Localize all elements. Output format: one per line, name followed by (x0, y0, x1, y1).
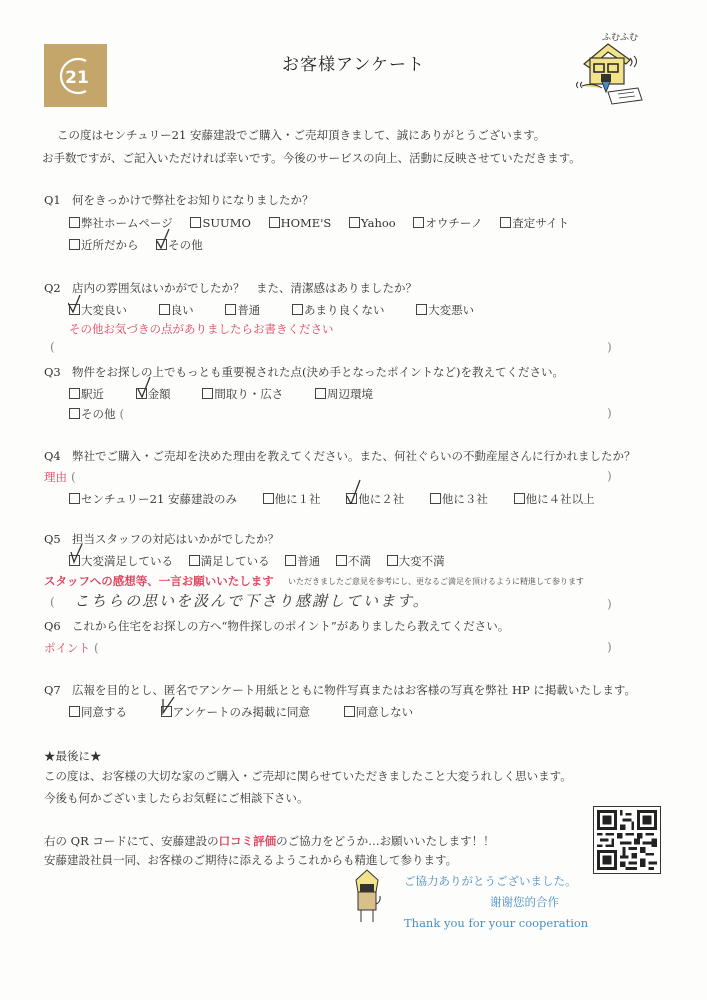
q5-comment-handwritten[interactable]: こちらの思いを汲んで下さり感謝しています。 (74, 590, 430, 611)
q4-option-1-other[interactable]: 他に１社 (263, 491, 321, 507)
checkbox[interactable] (225, 304, 236, 315)
q3-number: Q3 (44, 365, 72, 379)
q3-question: Q3物件をお探しの上でもっとも重要視された点(決め手となったポイントなど)を教え… (44, 364, 564, 380)
review-qr-code[interactable] (593, 806, 661, 874)
checkbox[interactable] (69, 493, 80, 504)
q3-option-layout-size[interactable]: 間取り・広さ (202, 386, 283, 402)
q3-text: 物件をお探しの上でもっとも重要視された点(決め手となったポイントなど)を教えてく… (72, 365, 564, 379)
checkbox[interactable] (349, 217, 360, 228)
checkbox[interactable] (69, 217, 80, 228)
checkbox-checked[interactable] (69, 304, 80, 315)
closing-heading: ★最後に★ (44, 748, 102, 764)
q6-number: Q6 (44, 619, 72, 633)
q5-comment-prompt: スタッフへの感想等、一言お願いいたします (44, 573, 274, 589)
checkbox[interactable] (514, 493, 525, 504)
checkbox-checked[interactable] (136, 388, 147, 399)
q2-option-average[interactable]: 普通 (225, 302, 260, 318)
checkbox-checked[interactable] (69, 555, 80, 566)
intro-line-2: お手数ですが、ご記入いただければ幸いです。今後のサービスの向上、活動に反映させて… (42, 150, 581, 166)
q4-number: Q4 (44, 449, 72, 463)
q1-question: Q1何をきっかけで弊社をお知りになりましたか？ (44, 192, 314, 208)
thanks-english: Thank you for your cooperation (404, 915, 588, 931)
dog-mascot-icon (352, 866, 382, 926)
q3-other-field[interactable] (140, 404, 600, 422)
q5-text: 担当スタッフの対応はいかがでしたか？ (72, 532, 279, 546)
checkbox[interactable] (387, 555, 398, 566)
q5-close-paren: ) (607, 597, 612, 611)
intro-line-1: この度はセンチュリー21 安藤建設でご購入・ご売却頂きまして、誠にありがとうござ… (57, 127, 545, 143)
q1-text: 何をきっかけで弊社をお知りになりましたか？ (72, 193, 314, 207)
closing-line-1: この度は、お客様の大切な家のご購入・ご売却に関らせていただきましたこと大変うれし… (44, 768, 572, 784)
q7-number: Q7 (44, 683, 72, 697)
q4-reason-field[interactable] (90, 467, 600, 485)
q3-options: 駅近 金額 間取り・広さ 周辺環境 (69, 386, 387, 402)
q4-text: 弊社でご購入・ご売却を決めた理由を教えてください。また、何社ぐらいの不動産屋さん… (72, 449, 636, 463)
q1-option-ouchino[interactable]: オウチーノ (413, 215, 482, 231)
checkbox[interactable] (190, 217, 201, 228)
q5-option-satisfied[interactable]: 満足している (189, 553, 270, 569)
q1-options-row-2: 近所だから その他 (69, 237, 217, 253)
q5-option-very-satisfied[interactable]: 大変満足している (69, 553, 173, 569)
checkbox[interactable] (263, 493, 274, 504)
q2-text: 店内の雰囲気はいかがでしたか？ また、清潔感はありましたか？ (72, 281, 417, 295)
checkbox[interactable] (430, 493, 441, 504)
checkbox[interactable] (269, 217, 280, 228)
q1-option-yahoo[interactable]: Yahoo (349, 216, 396, 230)
q4-option-2-others[interactable]: 他に２社 (346, 491, 404, 507)
q4-options: センチュリー21 安藤建設のみ 他に１社 他に２社 他に３社 他に４社以上 (69, 491, 609, 507)
q1-option-suumo[interactable]: SUUMO (190, 216, 250, 230)
q6-point-field[interactable] (110, 638, 600, 656)
q5-comment-note: いただきましたご意見を参考にし、更なるご満足を頂けるように精進して参ります (288, 576, 584, 587)
q6-question: Q6これから住宅をお探しの方へ“物件探しのポイント”がありましたら教えてください… (44, 618, 509, 634)
q5-options: 大変満足している 満足している 普通 不満 大変不満 (69, 553, 459, 569)
q4-option-3-others[interactable]: 他に３社 (430, 491, 488, 507)
q7-question: Q7広報を目的とし、匿名でアンケート用紙とともに物件写真またはお客様の写真を弊社… (44, 682, 636, 698)
checkbox[interactable] (315, 388, 326, 399)
q2-number: Q2 (44, 281, 72, 295)
q5-question: Q5担当スタッフの対応はいかがでしたか？ (44, 531, 279, 547)
mascot-caption: ふむふむ (602, 30, 638, 43)
q2-question: Q2店内の雰囲気はいかがでしたか？ また、清潔感はありましたか？ (44, 280, 417, 296)
closing-line-4: 安藤建設社員一同、お客様のご期待に添えるようこれからも精進して参ります。 (44, 852, 457, 868)
thanks-chinese: 谢谢您的合作 (490, 894, 559, 910)
q2-option-very-good[interactable]: 大変良い (69, 302, 127, 318)
q5-option-dissatisfied[interactable]: 不満 (336, 553, 371, 569)
q1-options-row-1: 弊社ホームページ SUUMO HOME'S Yahoo オウチーノ 査定サイト (69, 215, 583, 231)
checkbox[interactable] (285, 555, 296, 566)
review-highlight: 口コミ評価 (219, 834, 277, 848)
qr-code-icon (597, 810, 657, 870)
q6-point-label: ポイント( (44, 640, 99, 656)
checkbox-checked[interactable] (161, 706, 172, 717)
q4-question: Q4弊社でご購入・ご売却を決めた理由を教えてください。また、何社ぐらいの不動産屋… (44, 448, 636, 464)
q7-option-agree-survey-only[interactable]: アンケートのみ掲載に同意 (161, 704, 310, 720)
q4-close-paren: ) (607, 469, 612, 483)
q7-option-agree[interactable]: 同意する (69, 704, 127, 720)
checkbox-checked[interactable] (346, 493, 357, 504)
q1-option-company-homepage[interactable]: 弊社ホームページ (69, 215, 173, 231)
checkbox[interactable] (69, 408, 80, 419)
closing-qr-line: 右の QR コードにて、安藤建設の口コミ評価のご協力をどうか…お願いいたします！… (44, 833, 495, 849)
q7-option-disagree[interactable]: 同意しない (344, 704, 414, 720)
q3-close-paren: ) (607, 406, 612, 420)
checkbox[interactable] (69, 388, 80, 399)
q1-number: Q1 (44, 193, 72, 207)
q4-option-4-plus-others[interactable]: 他に４社以上 (514, 491, 595, 507)
checkbox[interactable] (189, 555, 200, 566)
closing-line-2: 今後も何かございましたらお気軽にご相談下さい。 (44, 790, 309, 806)
checkbox[interactable] (336, 555, 347, 566)
q1-option-appraisal-site[interactable]: 査定サイト (500, 215, 569, 231)
thanks-japanese: ご協力ありがとうございました。 (404, 873, 577, 889)
q6-text: これから住宅をお探しの方へ“物件探しのポイント”がありましたら教えてください。 (72, 619, 509, 633)
checkbox[interactable] (69, 706, 80, 717)
q1-option-nearby[interactable]: 近所だから (69, 237, 139, 253)
q2-option-good[interactable]: 良い (159, 302, 194, 318)
q5-number: Q5 (44, 532, 72, 546)
q3-option-surroundings[interactable]: 周辺環境 (315, 386, 373, 402)
q5-option-average[interactable]: 普通 (285, 553, 320, 569)
q7-options: 同意する アンケートのみ掲載に同意 同意しない (69, 704, 427, 720)
checkbox[interactable] (344, 706, 355, 717)
q2-comment-field[interactable] (62, 338, 602, 356)
q4-reason-label: 理由( (44, 469, 76, 485)
q3-option-near-station[interactable]: 駅近 (69, 386, 104, 402)
q2-open-paren: ( (50, 340, 55, 354)
q2-comment-prompt: その他お気づきの点がありましたらお書きください (69, 321, 334, 337)
checkbox[interactable] (416, 304, 427, 315)
q7-text: 広報を目的とし、匿名でアンケート用紙とともに物件写真またはお客様の写真を弊社 H… (72, 683, 636, 697)
dog-mascot-bowing (352, 866, 382, 926)
q5-open-paren: ( (50, 595, 55, 609)
checkbox[interactable] (413, 217, 424, 228)
q1-option-homes[interactable]: HOME'S (269, 216, 332, 230)
checkbox-checked[interactable] (156, 239, 167, 250)
q5-option-very-dissatisfied[interactable]: 大変不満 (387, 553, 445, 569)
checkbox[interactable] (500, 217, 511, 228)
q2-option-not-good[interactable]: あまり良くない (292, 302, 385, 318)
q4-option-only-century21[interactable]: センチュリー21 安藤建設のみ (69, 491, 237, 507)
q1-option-other[interactable]: その他 (156, 237, 203, 253)
q6-close-paren: ) (607, 640, 612, 654)
q2-options: 大変良い 良い 普通 あまり良くない 大変悪い (69, 302, 488, 318)
q2-option-very-bad[interactable]: 大変悪い (416, 302, 474, 318)
q2-close-paren: ) (607, 340, 612, 354)
checkbox[interactable] (202, 388, 213, 399)
checkbox[interactable] (69, 239, 80, 250)
mascot-reading-illustration: ふむふむ (572, 30, 652, 110)
checkbox[interactable] (292, 304, 303, 315)
checkbox[interactable] (159, 304, 170, 315)
q3-option-price[interactable]: 金額 (136, 386, 171, 402)
q3-option-other[interactable]: その他( (69, 406, 124, 422)
